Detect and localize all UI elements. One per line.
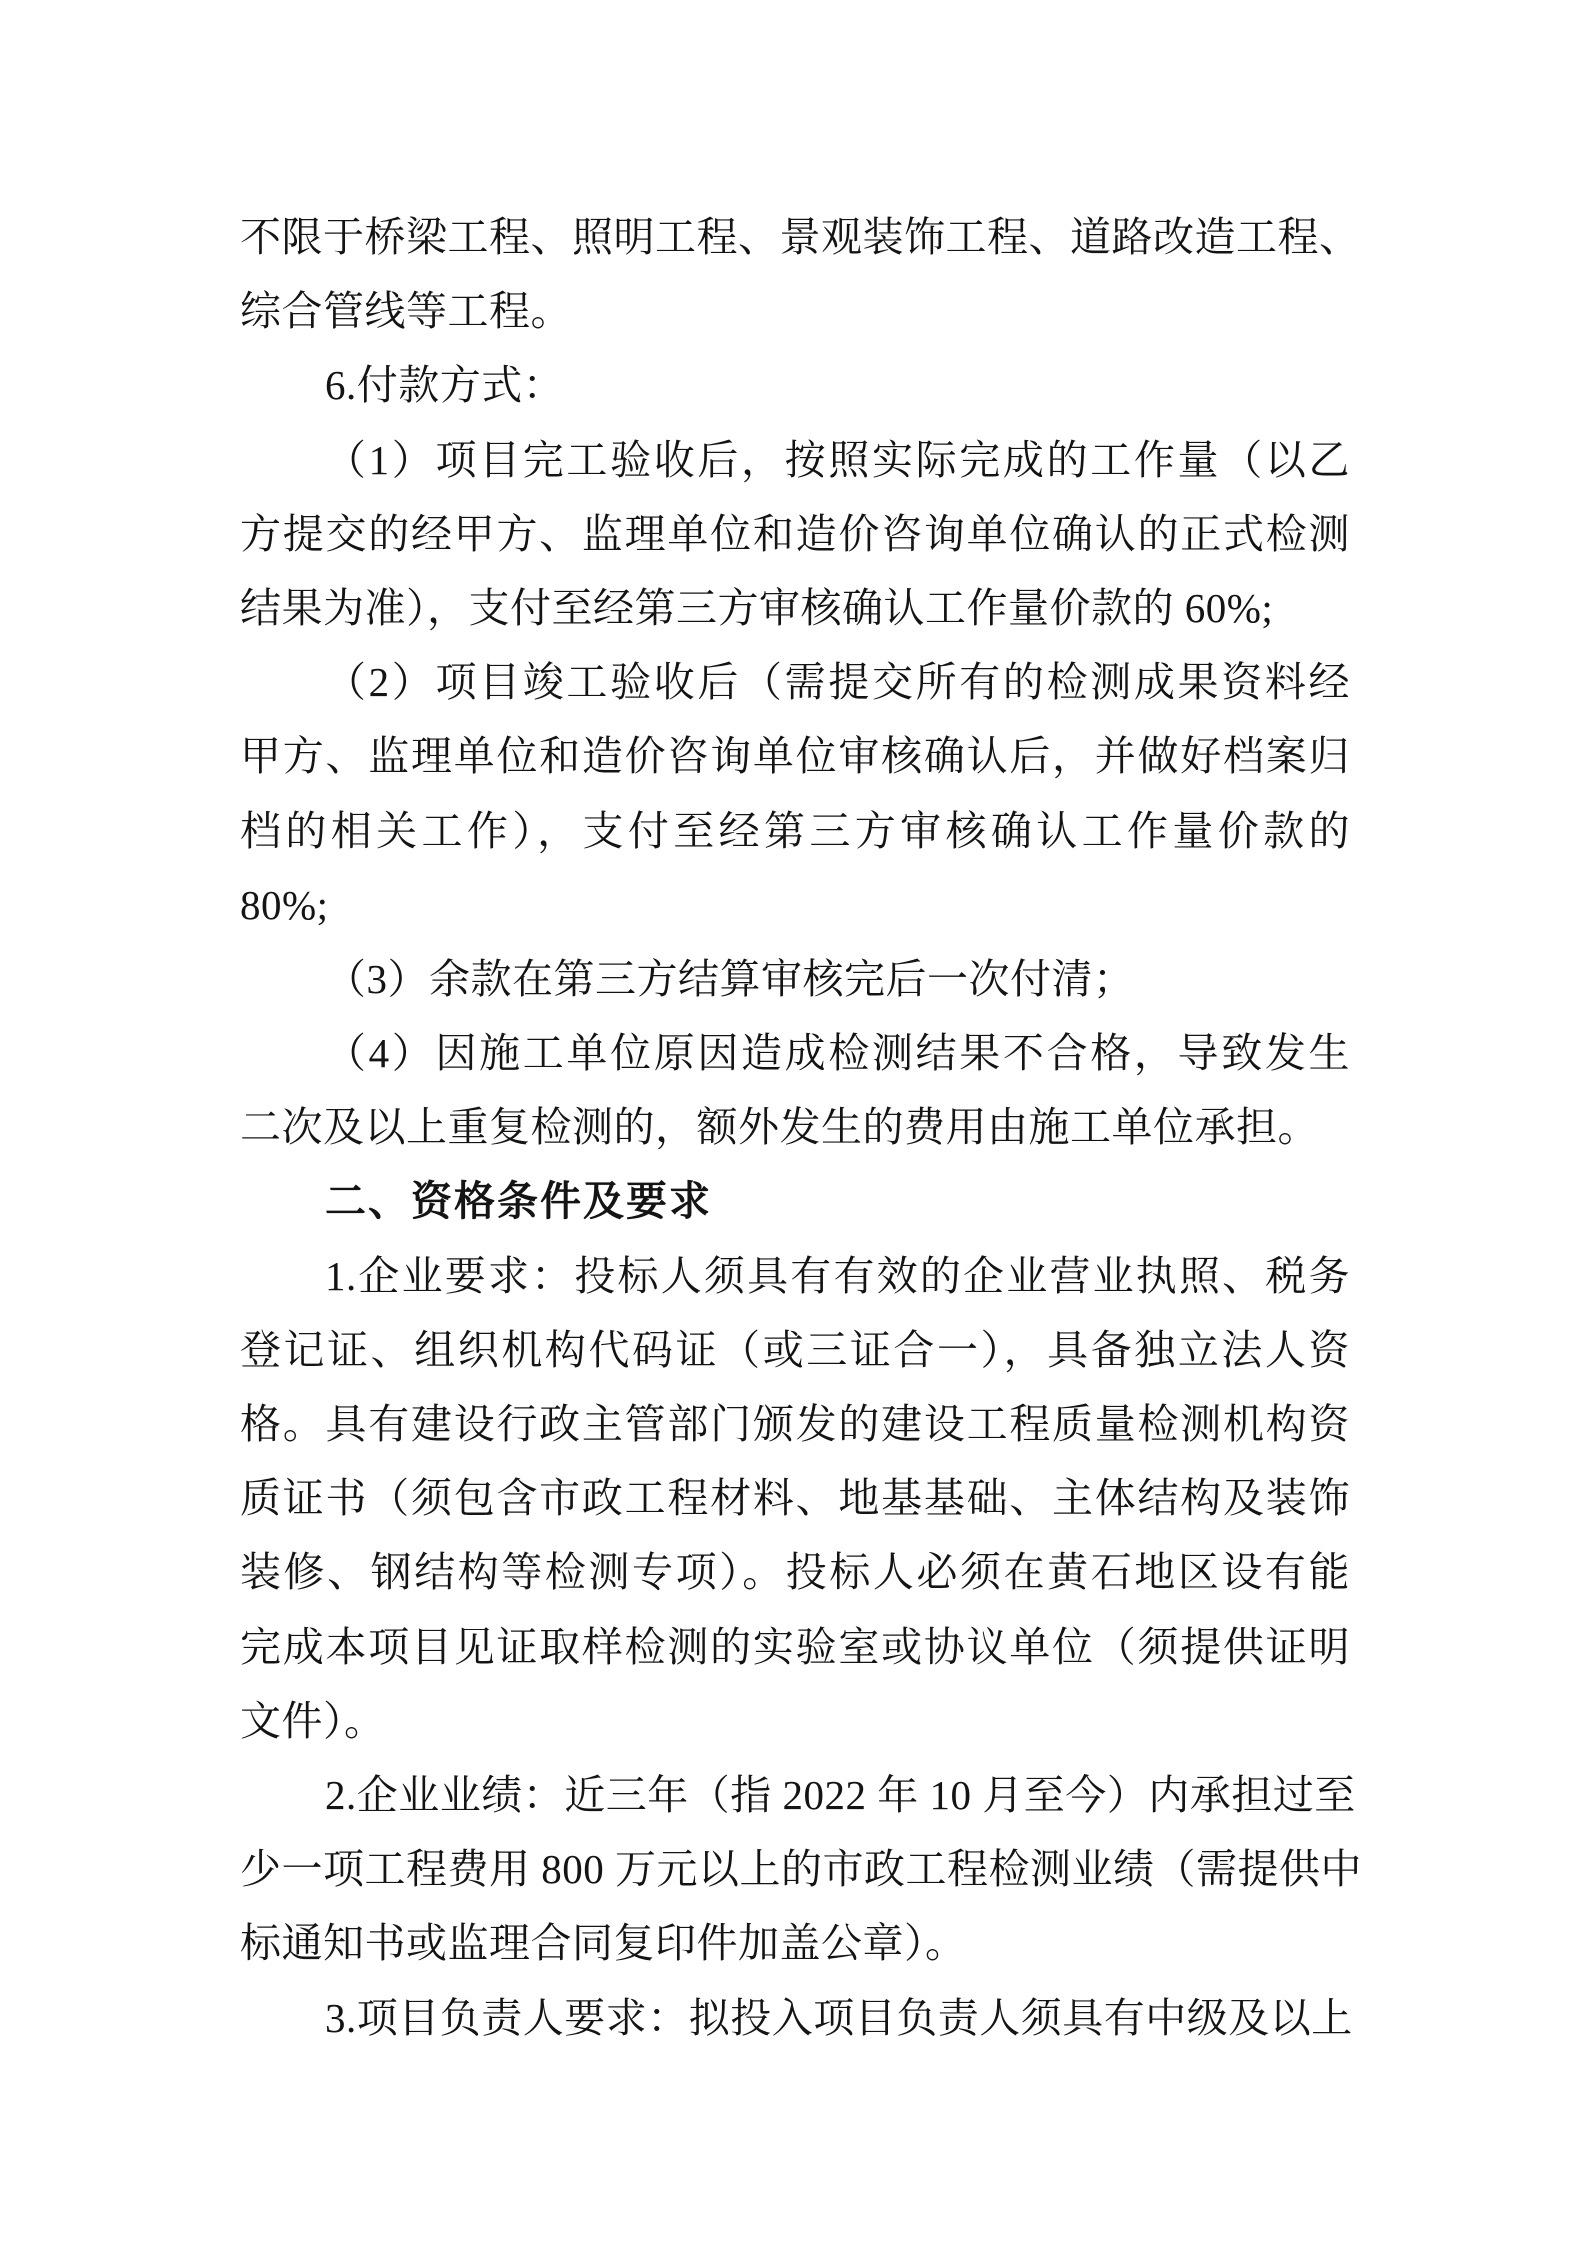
text-line: 2.企业业绩：近三年（指 2022 年 10 月至今）内承担过至 [240,1758,1350,1832]
text-line: 标通知书或监理合同复印件加盖公章）。 [240,1906,1350,1980]
text-line: 1.企业要求：投标人须具有有效的企业营业执照、税务 [240,1239,1350,1313]
text-line: 登记证、组织机构代码证（或三证合一），具备独立法人资 [240,1313,1350,1387]
text-line: 不限于桥梁工程、照明工程、景观装饰工程、道路改造工程、 [240,200,1350,274]
text-line: （3）余款在第三方结算审核完后一次付清； [240,942,1350,1016]
text-line: 80%; [240,868,1350,942]
text-line: 二次及以上重复检测的，额外发生的费用由施工单位承担。 [240,1090,1350,1164]
text-block: 不限于桥梁工程、照明工程、景观装饰工程、道路改造工程、综合管线等工程。6.付款方… [240,200,1350,2055]
text-line: （4）因施工单位原因造成检测结果不合格，导致发生 [240,1016,1350,1090]
text-line: 方提交的经甲方、监理单位和造价咨询单位确认的正式检测 [240,497,1350,571]
text-line: 档的相关工作），支付至经第三方审核确认工作量价款的 [240,794,1350,868]
text-line: 6.付款方式： [240,348,1350,422]
text-line: 结果为准），支付至经第三方审核确认工作量价款的 60%; [240,571,1350,645]
document-page: 不限于桥梁工程、照明工程、景观装饰工程、道路改造工程、综合管线等工程。6.付款方… [0,0,1587,2245]
text-line: （1）项目完工验收后，按照实际完成的工作量（以乙 [240,423,1350,497]
text-line: 综合管线等工程。 [240,274,1350,348]
text-line: （2）项目竣工验收后（需提交所有的检测成果资料经 [240,645,1350,719]
text-line: 质证书（须包含市政工程材料、地基基础、主体结构及装饰 [240,1461,1350,1535]
text-line: 完成本项目见证取样检测的实验室或协议单位（须提供证明 [240,1610,1350,1684]
text-line: 少一项工程费用 800 万元以上的市政工程检测业绩（需提供中 [240,1832,1350,1906]
text-line: 3.项目负责人要求：拟投入项目负责人须具有中级及以上 [240,1981,1350,2055]
text-line: 甲方、监理单位和造价咨询单位审核确认后，并做好档案归 [240,719,1350,793]
text-line: 装修、钢结构等检测专项）。投标人必须在黄石地区设有能 [240,1535,1350,1609]
text-line: 格。具有建设行政主管部门颁发的建设工程质量检测机构资 [240,1387,1350,1461]
section-heading: 二、资格条件及要求 [240,1164,1350,1238]
text-line: 文件）。 [240,1684,1350,1758]
